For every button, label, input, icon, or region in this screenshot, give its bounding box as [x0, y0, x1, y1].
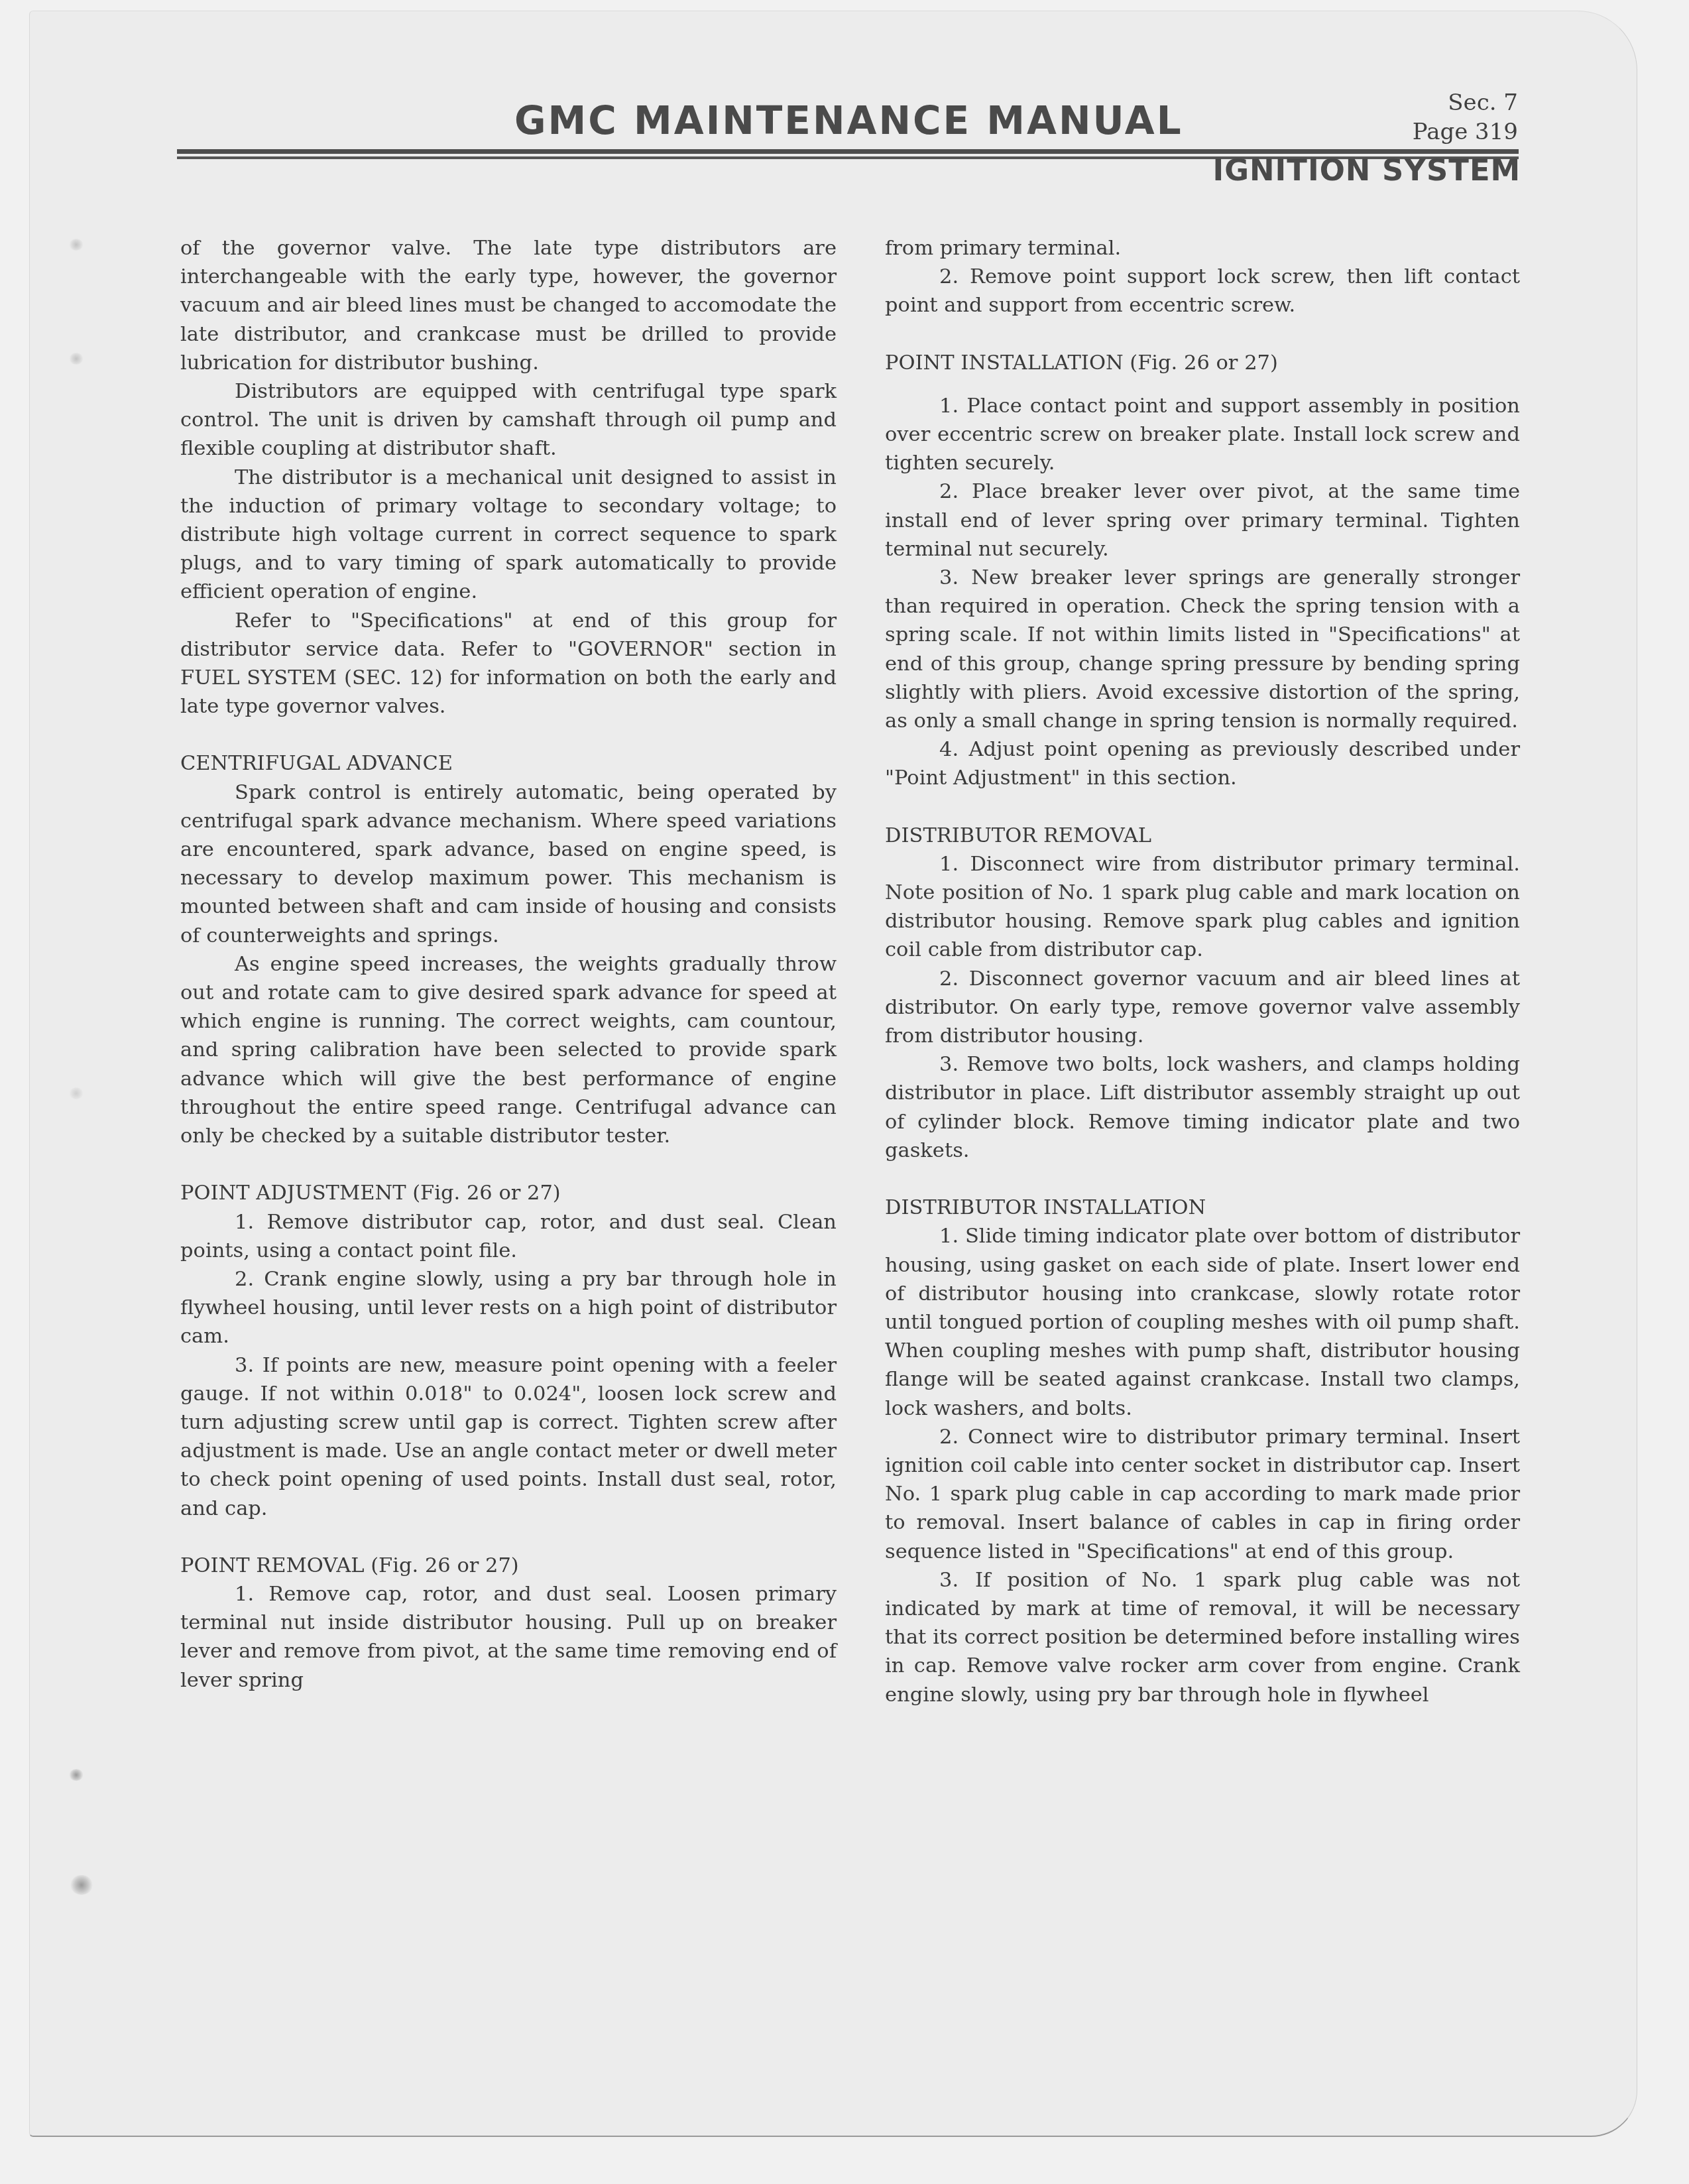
- left-column: of the governor valve. The late type dis…: [180, 234, 837, 1695]
- distributor-installation-step: 1. Slide timing indicator plate over bot…: [885, 1222, 1520, 1422]
- point-removal-step: 2. Remove point support lock screw, then…: [885, 263, 1520, 320]
- point-adjustment-step: 2. Crank engine slowly, using a pry bar …: [180, 1265, 837, 1351]
- heading-point-adjustment: POINT ADJUSTMENT (Fig. 26 or 27): [180, 1179, 837, 1207]
- distributor-removal-step: 1. Disconnect wire from distributor prim…: [885, 850, 1520, 965]
- intro-paragraph: of the governor valve. The late type dis…: [180, 234, 837, 377]
- intro-paragraph: Distributors are equipped with centrifug…: [180, 377, 837, 463]
- header-rule: [177, 149, 1519, 154]
- point-removal-continued: from primary terminal.: [885, 234, 1520, 263]
- intro-paragraph: The distributor is a mechanical unit des…: [180, 463, 837, 607]
- binder-hole-mark: [69, 1769, 84, 1781]
- point-installation-step: 3. New breaker lever springs are general…: [885, 564, 1520, 735]
- right-column: from primary terminal. 2. Remove point s…: [885, 234, 1520, 1709]
- intro-paragraph: Refer to "Specifications" at end of this…: [180, 607, 837, 721]
- distributor-installation-step: 3. If position of No. 1 spark plug cable…: [885, 1566, 1520, 1709]
- binder-hole-mark: [70, 1875, 93, 1895]
- section-title: IGNITION SYSTEM: [1213, 154, 1521, 188]
- distributor-installation-step: 2. Connect wire to distributor primary t…: [885, 1423, 1520, 1566]
- section-number: Sec. 7: [1413, 88, 1518, 117]
- manual-title: GMC MAINTENANCE MANUAL: [514, 98, 1183, 143]
- point-removal-step: 1. Remove cap, rotor, and dust seal. Loo…: [180, 1580, 837, 1695]
- heading-point-installation: POINT INSTALLATION (Fig. 26 or 27): [885, 349, 1520, 377]
- distributor-removal-step: 3. Remove two bolts, lock washers, and c…: [885, 1050, 1520, 1165]
- binder-hole-mark: [69, 1087, 84, 1099]
- distributor-removal-step: 2. Disconnect governor vacuum and air bl…: [885, 965, 1520, 1051]
- point-installation-step: 4. Adjust point opening as previously de…: [885, 735, 1520, 792]
- centrifugal-paragraph: As engine speed increases, the weights g…: [180, 950, 837, 1150]
- heading-distributor-removal: DISTRIBUTOR REMOVAL: [885, 821, 1520, 850]
- binder-hole-mark: [69, 353, 84, 365]
- heading-distributor-installation: DISTRIBUTOR INSTALLATION: [885, 1193, 1520, 1222]
- binder-hole-mark: [69, 239, 84, 251]
- page-reference: Sec. 7 Page 319: [1413, 88, 1518, 147]
- point-adjustment-step: 3. If points are new, measure point open…: [180, 1351, 837, 1523]
- heading-centrifugal-advance: CENTRIFUGAL ADVANCE: [180, 749, 837, 778]
- centrifugal-paragraph: Spark control is entirely automatic, bei…: [180, 778, 837, 950]
- point-installation-step: 1. Place contact point and support assem…: [885, 392, 1520, 478]
- page-number: Page 319: [1413, 117, 1518, 147]
- heading-point-removal: POINT REMOVAL (Fig. 26 or 27): [180, 1551, 837, 1580]
- point-installation-step: 2. Place breaker lever over pivot, at th…: [885, 477, 1520, 564]
- point-adjustment-step: 1. Remove distributor cap, rotor, and du…: [180, 1208, 837, 1265]
